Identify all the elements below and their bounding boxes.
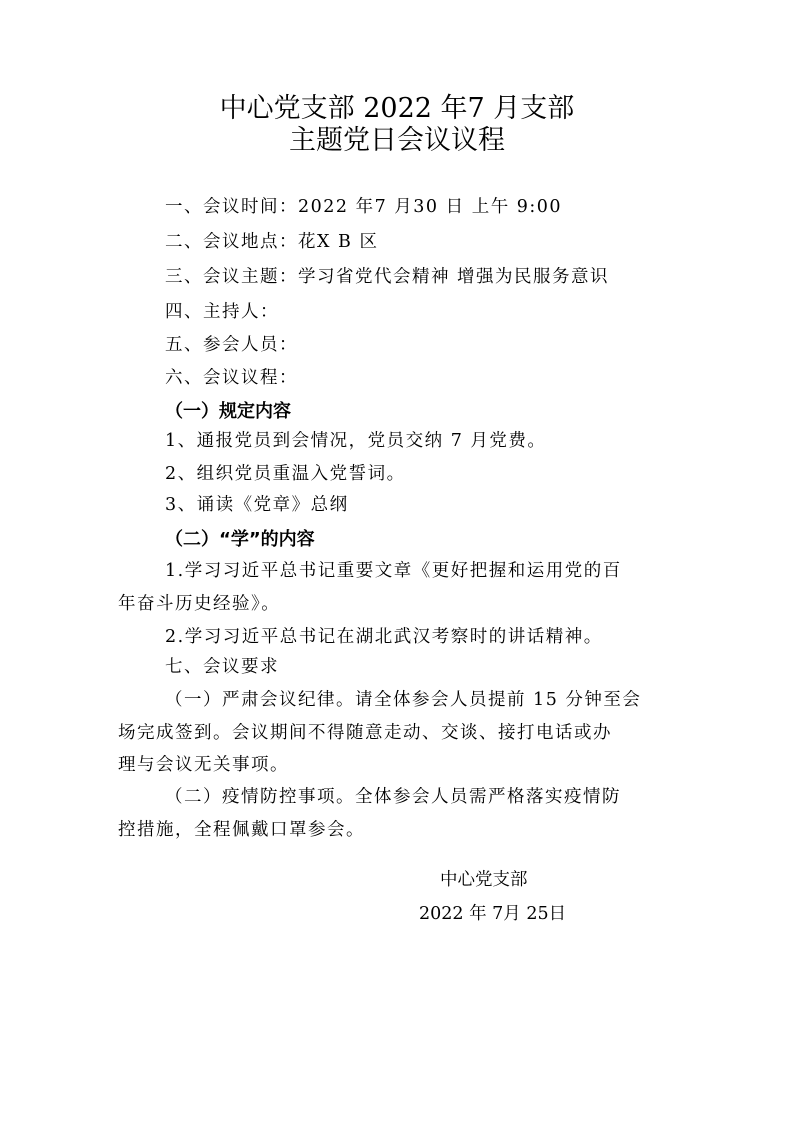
info-agenda: 六、会议议程： [165,367,298,389]
title-line-2: 主题党日会议议程 [0,125,794,157]
requirement-1-line-3: 理与会议无关事项。 [118,754,289,776]
requirement-1-line-2: 场完成签到。会议期间不得随意走动、交谈、接打电话或办 [118,722,612,744]
section1-item-3: 3、诵读《党章》总纲 [165,494,349,516]
info-location: 二、会议地点：花X B 区 [165,231,378,253]
requirements-heading: 七、会议要求 [165,656,279,678]
info-theme: 三、会议主题：学习省党代会精神 增强为民服务意识 [165,266,609,288]
requirement-1-line-1: （一）严肃会议纪律。请全体参会人员提前 15 分钟至会 [165,689,641,711]
requirement-2-line-1: （二）疫情防控事项。全体参会人员需严格落实疫情防 [165,786,621,808]
info-host: 四、主持人： [165,301,279,323]
section2-item-2: 2.学习习近平总书记在湖北武汉考察时的讲话精神。 [165,626,603,648]
section1-item-2: 2、组织党员重温入党誓词。 [165,463,406,485]
section2-item-1: 1.学习习近平总书记重要文章《更好把握和运用党的百 [165,560,622,582]
requirement-2-line-2: 控措施，全程佩戴口罩参会。 [118,819,365,841]
section2-heading: （二）“学”的内容 [165,529,315,551]
info-time: 一、会议时间：2022 年7 月30 日 上午 9:00 [165,196,562,218]
signature-date: 2022 年 7月 25日 [419,903,566,925]
section1-item-1: 1、通报党员到会情况，党员交纳 7 月党费。 [165,430,546,452]
signature-org: 中心党支部 [440,869,528,891]
section2-item-1-cont: 年奋斗历史经验》。 [118,593,280,615]
title-line-1: 中心党支部 2022 年7 月支部 [0,93,794,125]
info-attendees: 五、参会人员： [165,334,298,356]
section1-heading: （一）规定内容 [165,401,291,423]
